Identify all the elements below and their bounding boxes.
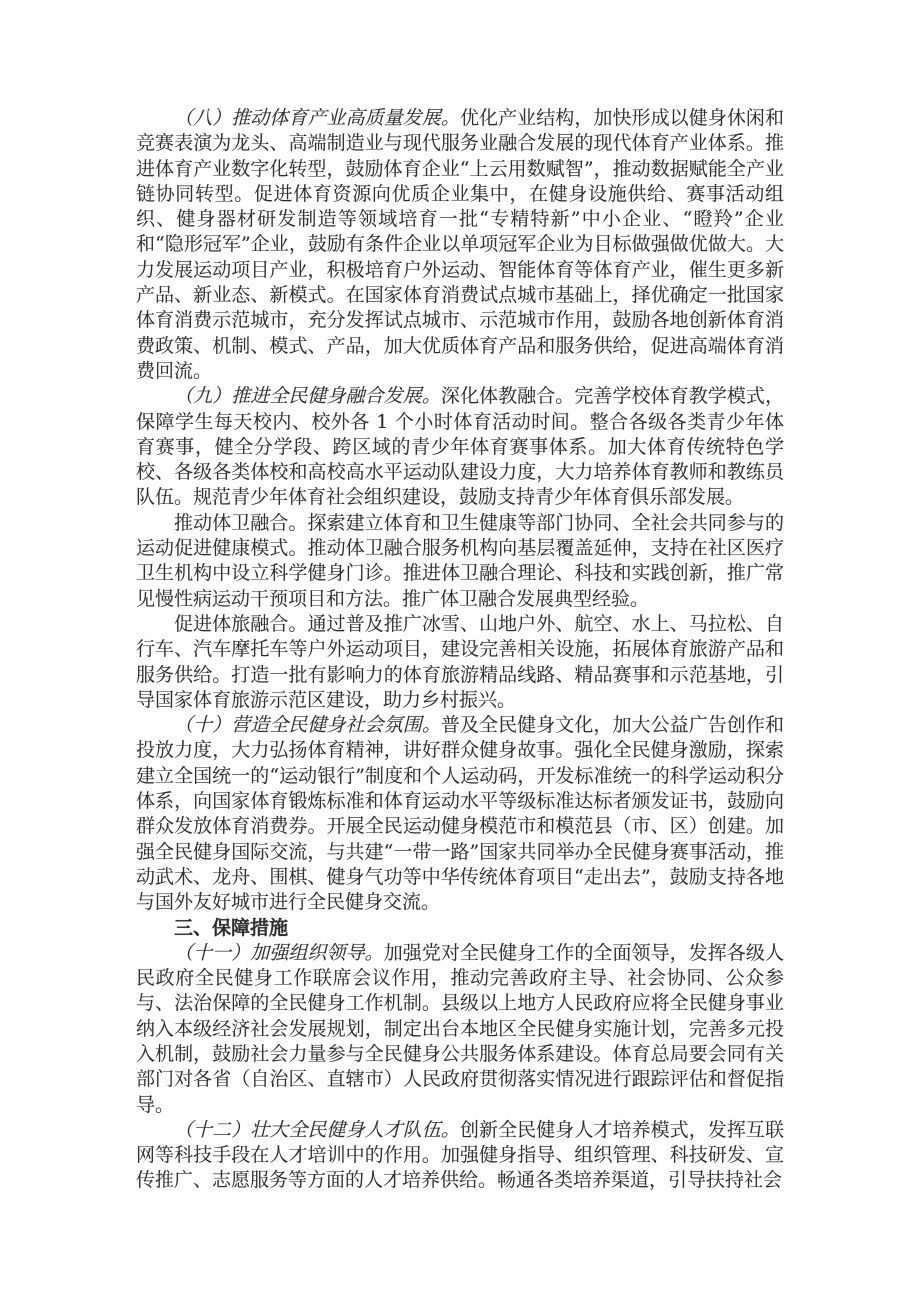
paragraph: （十一）加强组织领导。加强党对全民健身工作的全面领导，发挥各级人民政府全民健身工… xyxy=(136,941,784,1118)
paragraph-lead: （九）推进全民健身融合发展。 xyxy=(174,385,441,407)
section-heading: 三、保障措施 xyxy=(136,916,784,941)
paragraph-text: 加强党对全民健身工作的全面领导，发挥各级人民政府全民健身工作联席会议作用，推动完… xyxy=(136,942,784,1116)
paragraph-lead: （十二）壮大全民健身人才队伍。 xyxy=(174,1119,460,1141)
document-body: （八）推动体育产业高质量发展。优化产业结构，加快形成以健身休闲和竞赛表演为龙头、… xyxy=(136,106,784,1194)
heading-text: 三、保障措施 xyxy=(174,917,288,939)
paragraph-lead: （八）推动体育产业高质量发展。 xyxy=(174,107,460,129)
paragraph: （八）推动体育产业高质量发展。优化产业结构，加快形成以健身休闲和竞赛表演为龙头、… xyxy=(136,106,784,384)
paragraph-text: 推动体卫融合。探索建立体育和卫生健康等部门协同、全社会共同参与的运动促进健康模式… xyxy=(136,512,784,610)
paragraph-text: 优化产业结构，加快形成以健身休闲和竞赛表演为龙头、高端制造业与现代服务业融合发展… xyxy=(136,107,784,382)
paragraph: （十）营造全民健身社会氛围。普及全民健身文化，加大公益广告创作和投放力度，大力弘… xyxy=(136,713,784,915)
paragraph-lead: （十一）加强组织领导。 xyxy=(174,942,384,964)
paragraph: 推动体卫融合。探索建立体育和卫生健康等部门协同、全社会共同参与的运动促进健康模式… xyxy=(136,511,784,612)
paragraph: （九）推进全民健身融合发展。深化体教融合。完善学校体育教学模式，保障学生每天校内… xyxy=(136,384,784,510)
paragraph-text: 普及全民健身文化，加大公益广告创作和投放力度，大力弘扬体育精神，讲好群众健身故事… xyxy=(136,714,784,913)
paragraph: （十二）壮大全民健身人才队伍。创新全民健身人才培养模式，发挥互联网等科技手段在人… xyxy=(136,1118,784,1194)
paragraph-text: 促进体旅融合。通过普及推广冰雪、山地户外、航空、水上、马拉松、自行车、汽车摩托车… xyxy=(136,613,784,711)
paragraph: 促进体旅融合。通过普及推广冰雪、山地户外、航空、水上、马拉松、自行车、汽车摩托车… xyxy=(136,612,784,713)
paragraph-lead: （十）营造全民健身社会氛围。 xyxy=(174,714,441,736)
document-page: （八）推动体育产业高质量发展。优化产业结构，加快形成以健身休闲和竞赛表演为龙头、… xyxy=(0,0,920,1302)
